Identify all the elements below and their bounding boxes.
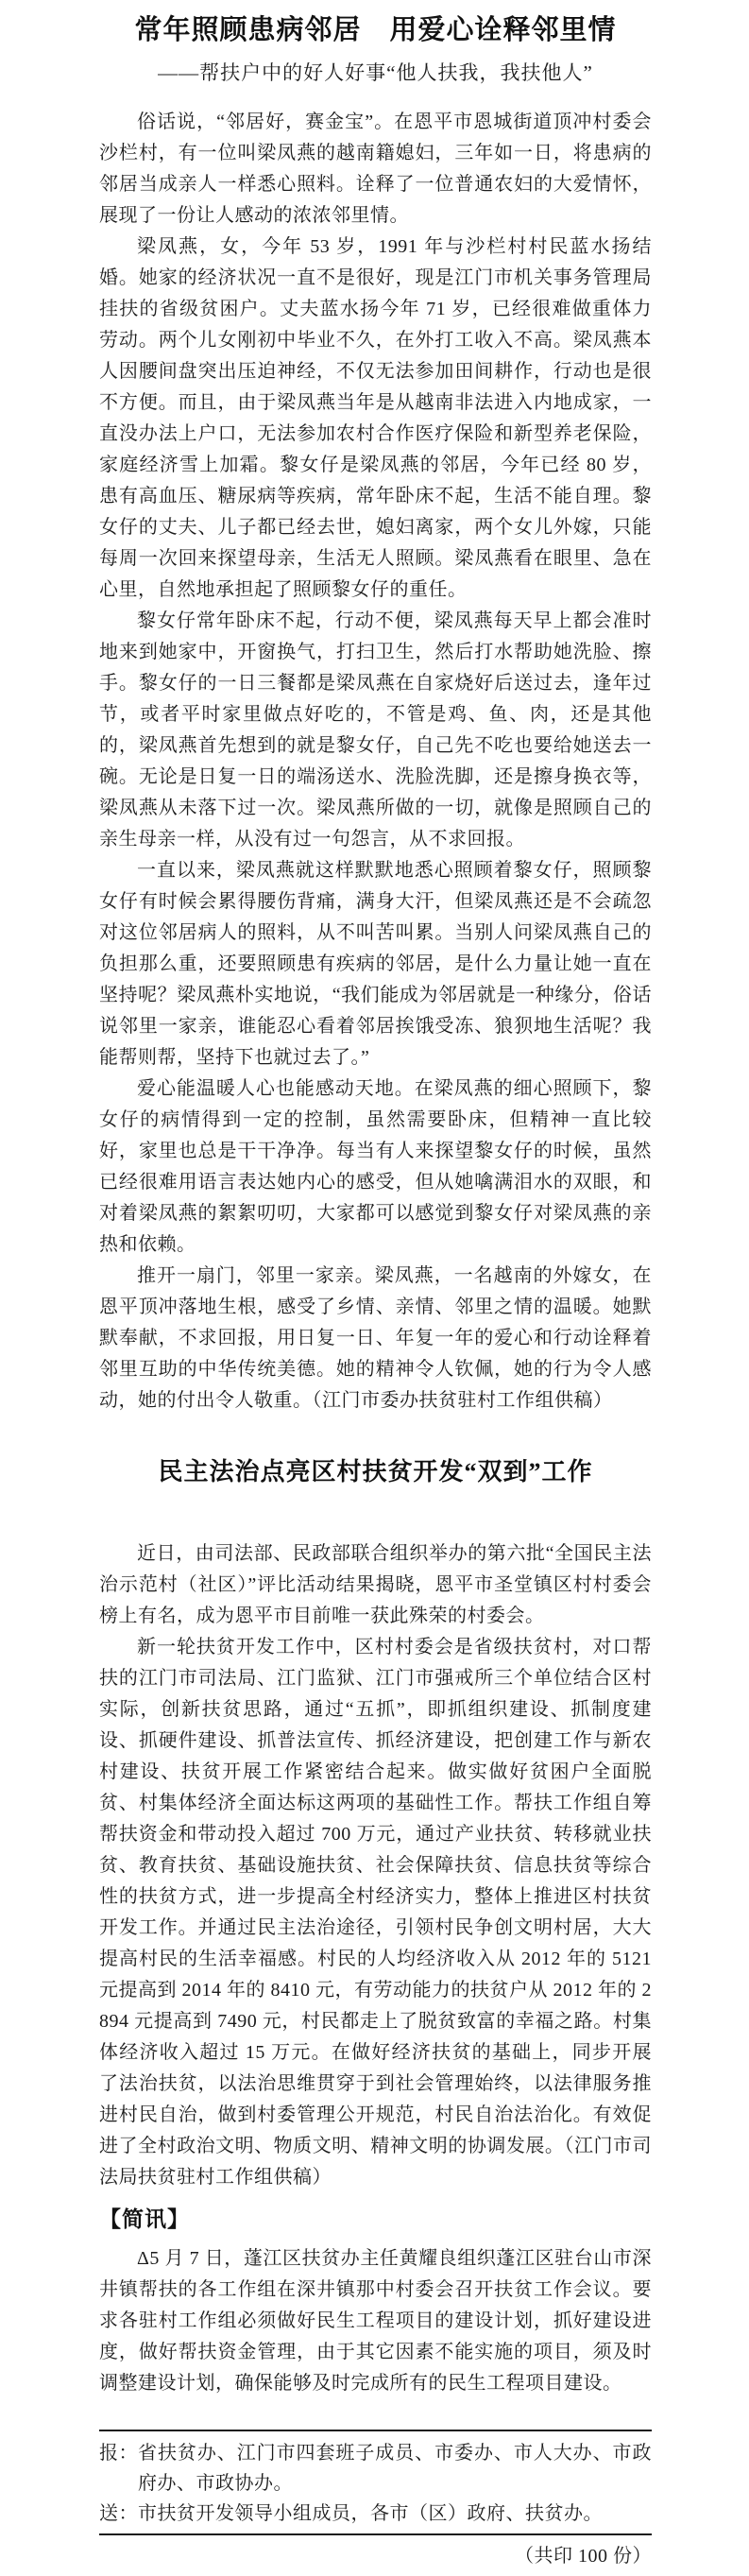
article1-body: 俗话说，“邻居好，赛金宝”。在恩平市恩城街道顶冲村委会沙栏村，有一位叫梁凤燕的越… bbox=[99, 107, 652, 1417]
print-count: （共印 100 份） bbox=[99, 2544, 652, 2568]
send-to-label: 送： bbox=[99, 2499, 138, 2529]
paragraph: 黎女仔常年卧床不起，行动不便，梁凤燕每天早上都会准时地来到她家中，开窗换气，打扫… bbox=[99, 606, 652, 855]
paragraph: 爱心能温暖人心也能感动天地。在梁凤燕的细心照顾下，黎女仔的病情得到一定的控制，虽… bbox=[99, 1073, 652, 1261]
send-to-text: 市扶贫开发领导小组成员，各市（区）政府、扶贫办。 bbox=[138, 2499, 652, 2529]
briefs-section: 【简讯】 Δ5 月 7 日，蓬江区扶贫办主任黄耀良组织蓬江区驻台山市深井镇帮扶的… bbox=[99, 2206, 652, 2415]
distribution-footer: 报： 省扶贫办、江门市四套班子成员、市委办、市人大办、市政府办、市政协办。 送：… bbox=[99, 2415, 652, 2576]
report-to-row: 报： 省扶贫办、江门市四套班子成员、市委办、市人大办、市政府办、市政协办。 bbox=[99, 2438, 652, 2499]
article2-title: 民主法治点亮区村扶贫开发“双到”工作 bbox=[99, 1456, 652, 1488]
paragraph: 俗话说，“邻居好，赛金宝”。在恩平市恩城街道顶冲村委会沙栏村，有一位叫梁凤燕的越… bbox=[99, 107, 652, 232]
report-to-label: 报： bbox=[99, 2438, 138, 2468]
paragraph: 推开一扇门，邻里一家亲。梁凤燕，一名越南的外嫁女，在恩平顶冲落地生根，感受了乡情… bbox=[99, 1261, 652, 1417]
document-page: 常年照顾患病邻居 用爱心诠释邻里情 ——帮扶户中的好人好事“他人扶我，我扶他人”… bbox=[0, 0, 749, 2576]
article1-subtitle: ——帮扶户中的好人好事“他人扶我，我扶他人” bbox=[99, 60, 652, 87]
article2-body: 近日，由司法部、民政部联合组织举办的第六批“全国民主法治示范村（社区）”评比活动… bbox=[99, 1538, 652, 2193]
send-to-row: 送： 市扶贫开发领导小组成员，各市（区）政府、扶贫办。 bbox=[99, 2499, 652, 2529]
article-poverty-alleviation: 民主法治点亮区村扶贫开发“双到”工作 近日，由司法部、民政部联合组织举办的第六批… bbox=[99, 1456, 652, 2206]
article1-title: 常年照顾患病邻居 用爱心诠释邻里情 bbox=[99, 13, 652, 47]
paragraph: 新一轮扶贫开发工作中，区村村委会是省级扶贫村，对口帮扶的江门市司法局、江门监狱、… bbox=[99, 1632, 652, 2193]
footer-top-rule bbox=[99, 2430, 652, 2431]
article-neighbor-care: 常年照顾患病邻居 用爱心诠释邻里情 ——帮扶户中的好人好事“他人扶我，我扶他人”… bbox=[99, 13, 652, 1456]
paragraph: Δ5 月 7 日，蓬江区扶贫办主任黄耀良组织蓬江区驻台山市深井镇帮扶的各工作组在… bbox=[99, 2243, 652, 2399]
briefs-body: Δ5 月 7 日，蓬江区扶贫办主任黄耀良组织蓬江区驻台山市深井镇帮扶的各工作组在… bbox=[99, 2243, 652, 2399]
paragraph: 近日，由司法部、民政部联合组织举办的第六批“全国民主法治示范村（社区）”评比活动… bbox=[99, 1538, 652, 1632]
paragraph: 梁凤燕，女，今年 53 岁，1991 年与沙栏村村民蓝水扬结婚。她家的经济状况一… bbox=[99, 232, 652, 606]
footer-bottom-rule bbox=[99, 2533, 652, 2535]
briefs-header: 【简讯】 bbox=[99, 2206, 652, 2234]
report-to-text: 省扶贫办、江门市四套班子成员、市委办、市人大办、市政府办、市政协办。 bbox=[138, 2438, 652, 2499]
paragraph: 一直以来，梁凤燕就这样默默地悉心照顾着黎女仔，照顾黎女仔有时候会累得腰伤背痛，满… bbox=[99, 855, 652, 1073]
